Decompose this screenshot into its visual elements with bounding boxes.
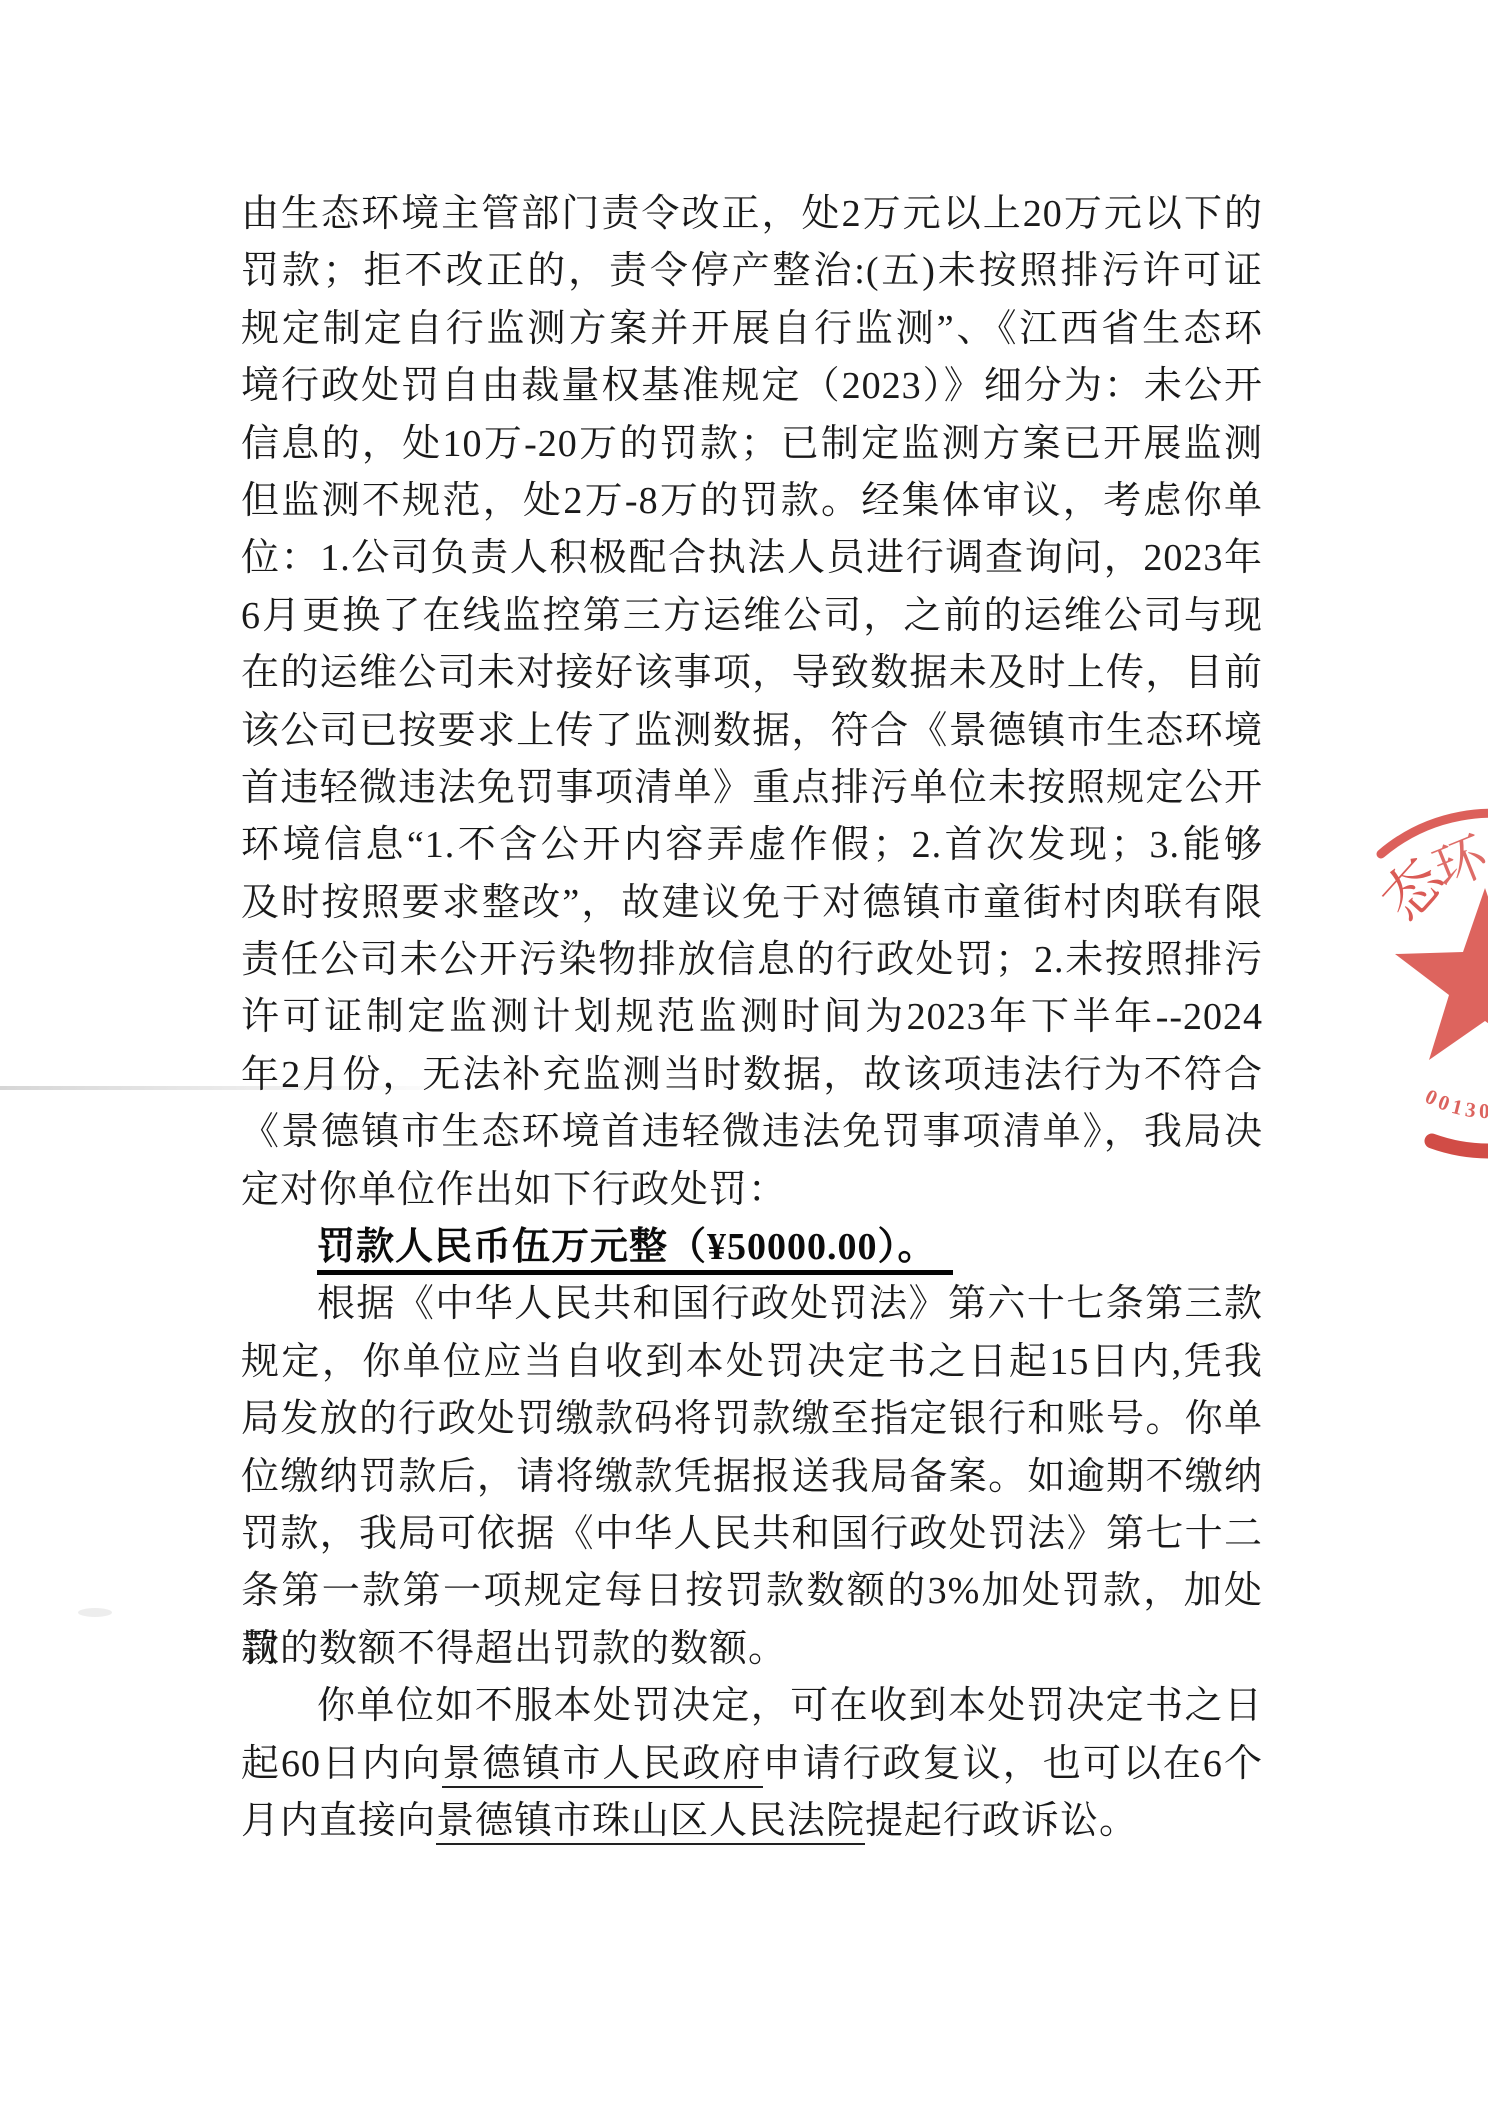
text-segment: 但监测不规范，处2万-8万的罚款。经集体审议，考虑你单 [241, 480, 1263, 522]
text-line: 条第一款第一项规定每日按罚款数额的3%加处罚款，加处罚 [241, 1563, 1263, 1620]
seal-serial-number: 0013009 [1421, 1084, 1488, 1123]
scanned-document-page: 由生态环境主管部门责令改正，处2万元以上20万元以下的罚款；拒不改正的，责令停产… [0, 0, 1488, 2104]
text-segment: 环境信息“1.不含公开内容弄虚作假；2.首次发现；3.能够 [241, 824, 1263, 866]
text-line: 但监测不规范，处2万-8万的罚款。经集体审议，考虑你单 [241, 473, 1263, 530]
text-segment: 《景德镇市生态环境首违轻微违法免罚事项清单》，我局决 [241, 1111, 1263, 1153]
text-line: 罚款人民币伍万元整（¥50000.00）。 [241, 1219, 1263, 1276]
text-line: 及时按照要求整改”，故建议免于对德镇市童街村肉联有限 [241, 875, 1263, 932]
text-line: 起60日内向景德镇市人民政府申请行政复议，也可以在6个 [241, 1736, 1263, 1793]
text-line: 在的运维公司未对接好该事项，导致数据未及时上传，目前 [241, 645, 1263, 702]
text-line: 位缴纳罚款后，请将缴款凭据报送我局备案。如逾期不缴纳 [241, 1449, 1263, 1506]
text-line: 责任公司未公开污染物排放信息的行政处罚；2.未按照排污 [241, 932, 1263, 989]
text-segment: 信息的，处10万-20万的罚款；已制定监测方案已开展监测 [241, 423, 1263, 465]
penalty-amount: 罚款人民币伍万元整（¥50000.00）。 [317, 1226, 953, 1275]
text-segment: 6月更换了在线监控第三方运维公司，之前的运维公司与现 [241, 595, 1263, 637]
text-line: 月内直接向景德镇市珠山区人民法院提起行政诉讼。 [241, 1793, 1263, 1850]
text-line: 首违轻微违法免罚事项清单》重点排污单位未按照规定公开 [241, 760, 1263, 817]
document-body: 由生态环境主管部门责令改正，处2万元以上20万元以下的罚款；拒不改正的，责令停产… [241, 186, 1263, 1850]
text-line: 该公司已按要求上传了监测数据，符合《景德镇市生态环境 [241, 703, 1263, 760]
scan-artifact-smudge [78, 1608, 112, 1617]
text-line: 信息的，处10万-20万的罚款；已制定监测方案已开展监测 [241, 416, 1263, 473]
text-segment: 首违轻微违法免罚事项清单》重点排污单位未按照规定公开 [241, 767, 1263, 809]
text-segment: 定对你单位作出如下行政处罚： [241, 1169, 787, 1211]
text-line: 局发放的行政处罚缴款码将罚款缴至指定银行和账号。你单 [241, 1391, 1263, 1448]
text-line: 位：1.公司负责人积极配合执法人员进行调查询问，2023年 [241, 530, 1263, 587]
text-segment: 境行政处罚自由裁量权基准规定（2023）》细分为：未公开 [241, 365, 1263, 407]
text-line: 根据《中华人民共和国行政处罚法》第六十七条第三款 [241, 1276, 1263, 1333]
text-segment: 责任公司未公开污染物排放信息的行政处罚；2.未按照排污 [241, 939, 1263, 981]
text-line: 环境信息“1.不含公开内容弄虚作假；2.首次发现；3.能够 [241, 817, 1263, 874]
text-segment: 你单位如不服本处罚决定，可在收到本处罚决定书之日 [317, 1685, 1263, 1727]
text-segment: 起60日内向 [241, 1743, 442, 1785]
text-segment: 及时按照要求整改”，故建议免于对德镇市童街村肉联有限 [241, 882, 1263, 924]
text-segment: 根据《中华人民共和国行政处罚法》第六十七条第三款 [317, 1283, 1263, 1325]
text-segment: 许可证制定监测计划规范监测时间为2023年下半年--2024 [241, 996, 1263, 1038]
text-line: 规定制定自行监测方案并开展自行监测”、《江西省生态环 [241, 301, 1263, 358]
text-segment: 年2月份，无法补充监测当时数据，故该项违法行为不符合 [241, 1054, 1263, 1096]
text-segment: 位：1.公司负责人积极配合执法人员进行调查询问，2023年 [241, 537, 1263, 579]
text-segment: 由生态环境主管部门责令改正，处2万元以上20万元以下的 [241, 193, 1263, 235]
underlined-authority-name: 景德镇市珠山区人民法院 [436, 1800, 865, 1845]
text-segment: 位缴纳罚款后，请将缴款凭据报送我局备案。如逾期不缴纳 [241, 1456, 1263, 1498]
text-segment: 规定制定自行监测方案并开展自行监测”、《江西省生态环 [241, 308, 1263, 350]
text-segment: 罚款；拒不改正的，责令停产整治:(五)未按照排污许可证 [241, 250, 1263, 292]
text-line: 款的数额不得超出罚款的数额。 [241, 1621, 1263, 1678]
text-line: 6月更换了在线监控第三方运维公司，之前的运维公司与现 [241, 588, 1263, 645]
underlined-authority-name: 景德镇市人民政府 [442, 1743, 762, 1788]
text-segment: 申请行政复议，也可以在6个 [763, 1743, 1263, 1785]
text-line: 许可证制定监测计划规范监测时间为2023年下半年--2024 [241, 989, 1263, 1046]
text-line: 《景德镇市生态环境首违轻微违法免罚事项清单》，我局决 [241, 1104, 1263, 1161]
seal-bottom-arc [1432, 1128, 1488, 1151]
text-segment: 提起行政诉讼。 [865, 1800, 1138, 1842]
text-segment: 该公司已按要求上传了监测数据，符合《景德镇市生态环境 [241, 710, 1263, 752]
text-segment: 局发放的行政处罚缴款码将罚款缴至指定银行和账号。你单 [241, 1398, 1263, 1440]
text-line: 规定，你单位应当自收到本处罚决定书之日起15日内,凭我 [241, 1334, 1263, 1391]
text-segment: 规定，你单位应当自收到本处罚决定书之日起15日内,凭我 [241, 1341, 1263, 1383]
text-line: 你单位如不服本处罚决定，可在收到本处罚决定书之日 [241, 1678, 1263, 1735]
text-line: 年2月份，无法补充监测当时数据，故该项违法行为不符合 [241, 1047, 1263, 1104]
text-line: 定对你单位作出如下行政处罚： [241, 1162, 1263, 1219]
text-segment: 款的数额不得超出罚款的数额。 [241, 1628, 787, 1670]
text-segment: 月内直接向 [241, 1800, 436, 1842]
text-segment: 罚款，我局可依据《中华人民共和国行政处罚法》第七十二 [241, 1513, 1263, 1555]
text-line: 罚款；拒不改正的，责令停产整治:(五)未按照排污许可证 [241, 243, 1263, 300]
text-segment: 在的运维公司未对接好该事项，导致数据未及时上传，目前 [241, 652, 1263, 694]
text-line: 由生态环境主管部门责令改正，处2万元以上20万元以下的 [241, 186, 1263, 243]
text-line: 境行政处罚自由裁量权基准规定（2023）》细分为：未公开 [241, 358, 1263, 415]
official-seal: 态 环 0013009 [1320, 788, 1488, 1198]
text-line: 罚款，我局可依据《中华人民共和国行政处罚法》第七十二 [241, 1506, 1263, 1563]
